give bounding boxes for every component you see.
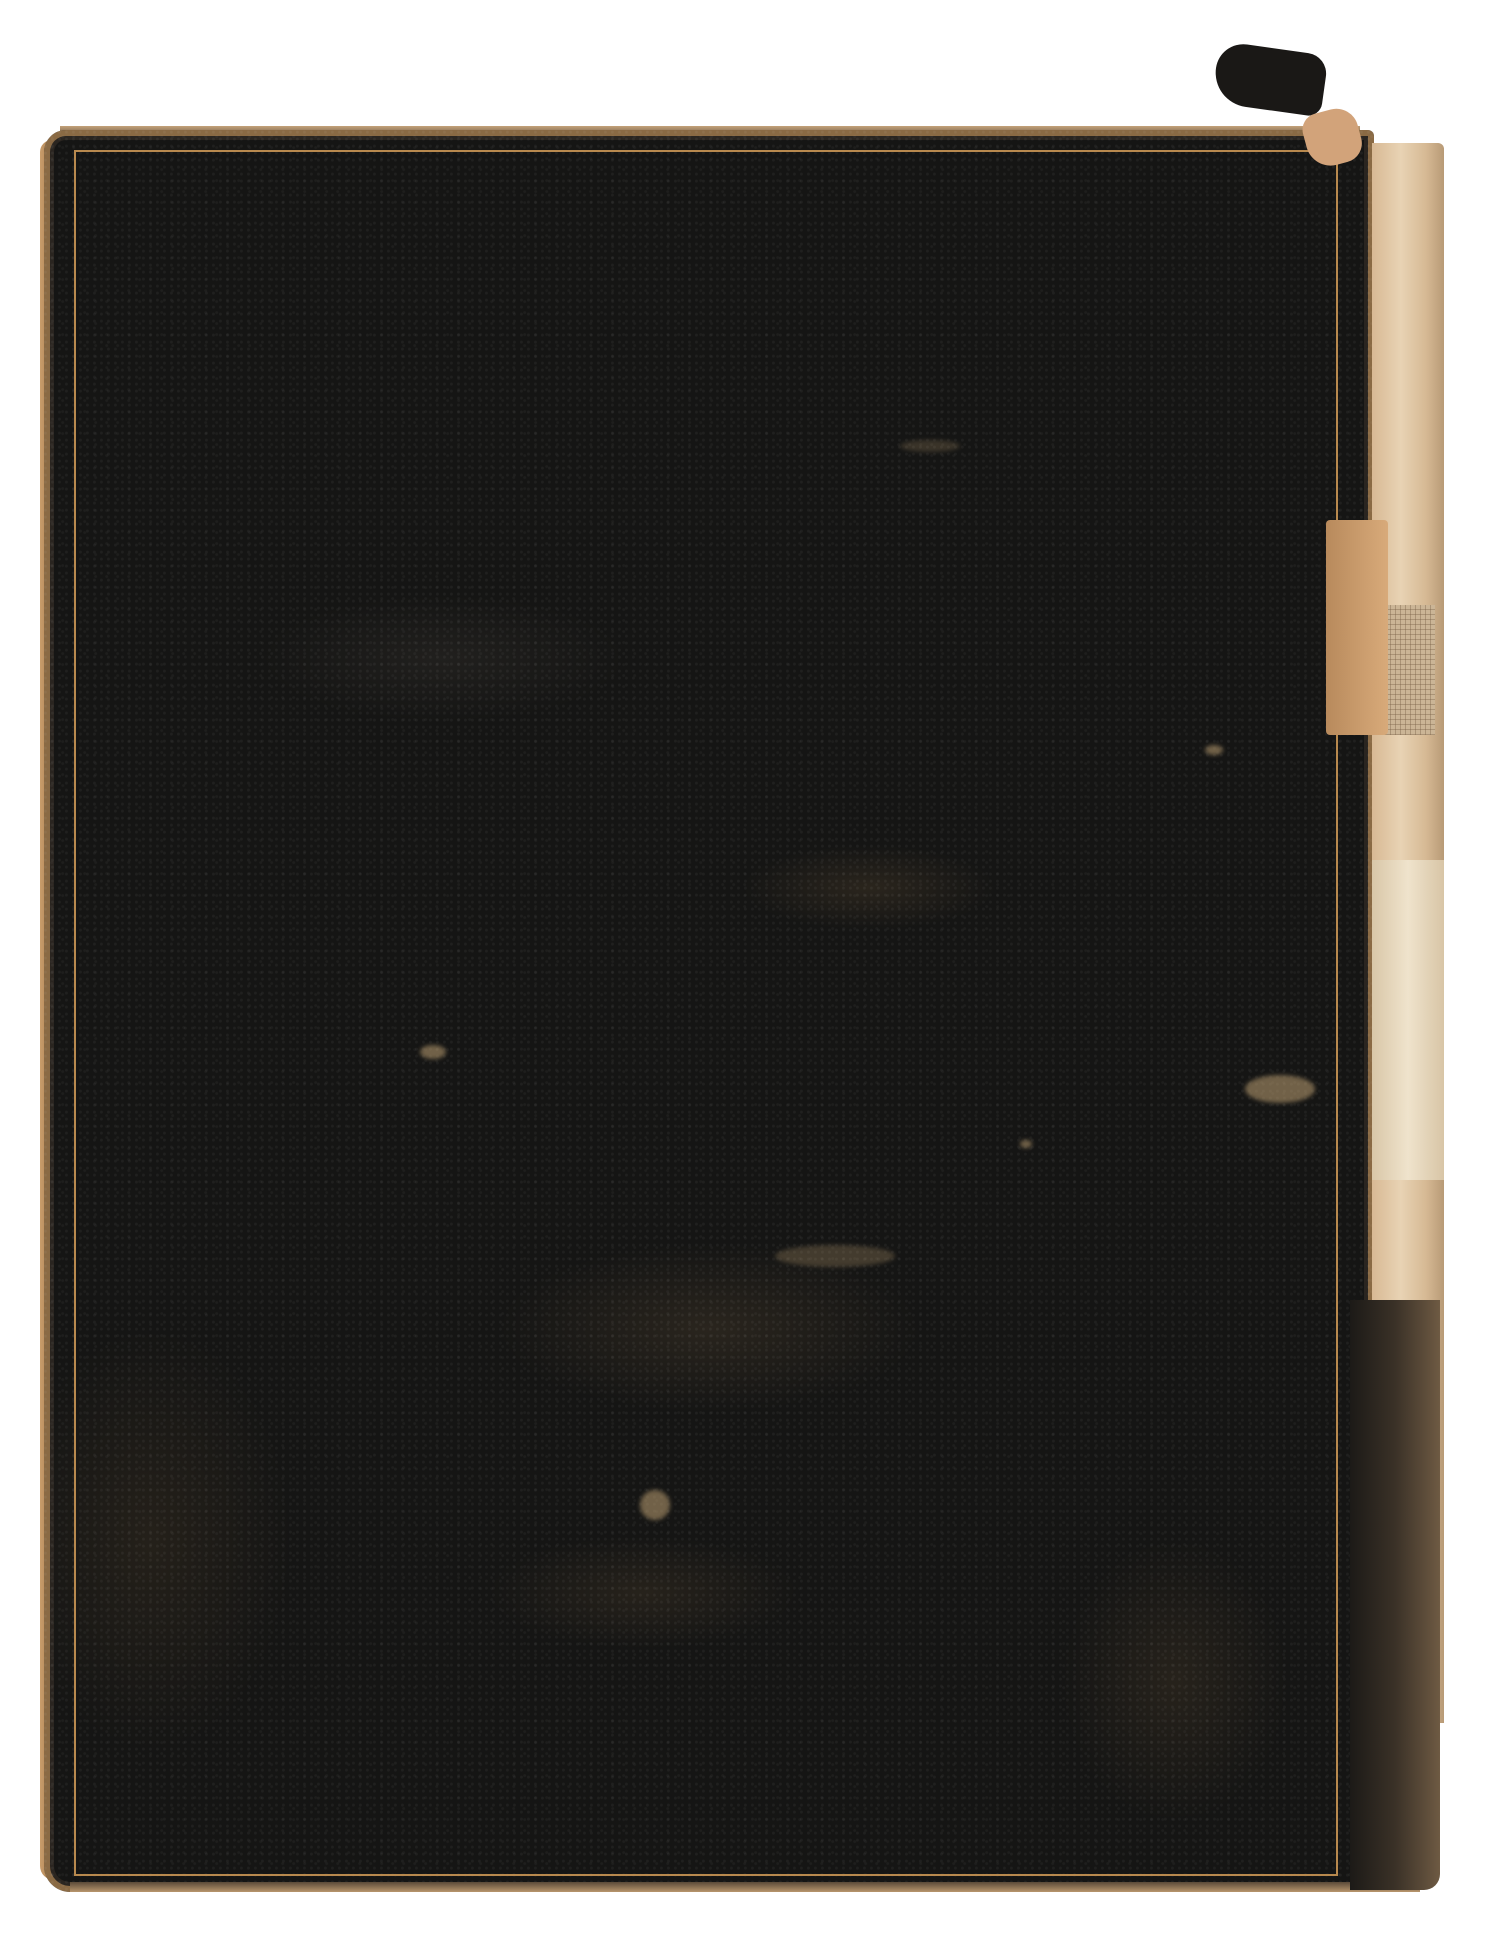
cover-bottom-edge (70, 1882, 1420, 1892)
scuff-mark (1020, 1140, 1032, 1148)
scuff-mark (900, 440, 960, 452)
scuff-mark (420, 1045, 446, 1059)
spine-lower-worn (1350, 1300, 1440, 1890)
gilt-rule-border (74, 150, 1338, 1876)
scuff-mark (1245, 1075, 1315, 1103)
scuff-mark (775, 1245, 895, 1267)
spine-mesh-lining (1380, 605, 1435, 735)
spine-exposed-backing (1372, 860, 1444, 1180)
scuff-mark (640, 1490, 670, 1520)
torn-corner-flap (1211, 41, 1329, 118)
torn-spine-patch (1326, 520, 1388, 735)
scuff-mark (1205, 745, 1223, 755)
